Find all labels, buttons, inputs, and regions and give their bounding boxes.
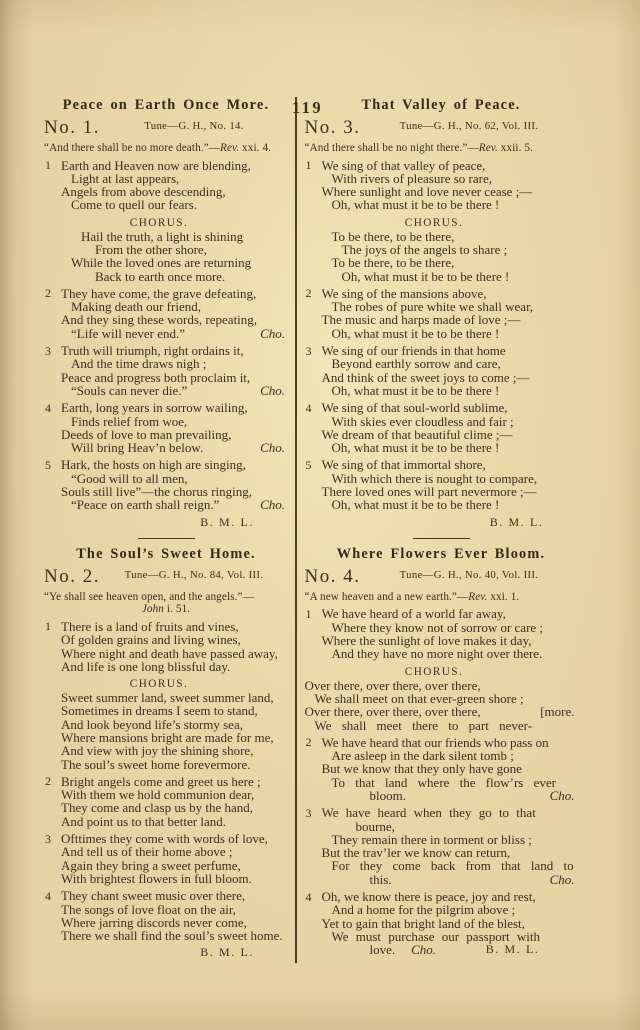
hymn-line: While the loved ones are returning <box>61 256 288 269</box>
hymn-verse: 4We sing of that soul-world sublime,With… <box>305 401 578 454</box>
hymn-line: And the time draws nigh ; <box>61 357 288 370</box>
hymn-line: The robes of pure white we shall wear, <box>322 300 578 313</box>
hymn-line: To be there, to be there, <box>322 230 578 243</box>
verse-number: 2 <box>45 287 51 300</box>
hymnal-page: Peace on Earth Once More.No. 1.Tune—G. H… <box>0 0 640 1030</box>
hymn-line: Yet to gain that bright land of the bles… <box>322 917 578 930</box>
hymn-line: Beyond earthly sorrow and care, <box>322 357 578 370</box>
hymn-line: We sing of that valley of peace, <box>322 159 578 172</box>
scripture-reference-italic: Rev. <box>220 142 239 154</box>
hymn-line: And view with joy the shining shore, <box>61 744 288 757</box>
hymn-verse: 3Ofttimes they come with words of love,A… <box>44 832 288 885</box>
verse-number: 5 <box>45 459 51 472</box>
hymn-line: Light at last appears, <box>61 172 288 185</box>
hymn-verse: 2They have come, the grave defeating,Mak… <box>44 287 288 340</box>
hymn-line: And tell us of their home above ; <box>61 845 288 858</box>
verse-number: 3 <box>45 833 51 846</box>
hymn-line: Cho.“Life will never end.” <box>61 327 288 340</box>
hymn-line: Cho.bloom. <box>322 789 578 802</box>
hymn-line: They come and clasp us by the hand, <box>61 801 288 814</box>
hymn-line: Are asleep in the dark silent tomb ; <box>322 749 578 762</box>
hymn-line: We shall meet there to part never- <box>305 719 578 732</box>
hymn-line: Truth will triumph, right ordains it, <box>61 344 288 357</box>
left-column: Peace on Earth Once More.No. 1.Tune—G. H… <box>44 97 295 963</box>
hymn-line: Cho.Will bring Heav’n below. <box>61 441 288 454</box>
hymn-line: Oh, what must it be to be there ! <box>322 441 578 454</box>
hymn-verse: 3We have heard when they go to thatbourn… <box>305 806 578 886</box>
hymn-line: With which there is nought to compare, <box>322 472 578 485</box>
scripture-reference: xxii. 5. <box>498 142 533 154</box>
catchword: [more. <box>540 705 574 718</box>
hymn-line: With rivers of pleasure so rare, <box>322 172 578 185</box>
hymn-line: bourne, <box>322 820 578 833</box>
verse-number: 4 <box>45 890 51 903</box>
hymn-line: We shall meet on that ever-green shore ; <box>305 692 578 705</box>
hymn-line: With them we hold communion dear, <box>61 788 288 801</box>
hymn-line: Of golden grains and living wines, <box>61 633 288 646</box>
author-initials: B. M. L. <box>44 516 288 529</box>
hymn-tune: Tune—G. H., No. 62, Vol. III. <box>360 117 577 133</box>
hymn-line: And they have no more night over there. <box>322 647 578 660</box>
hymn-number: No. 3. <box>305 117 361 139</box>
hymn-verse: 1We sing of that valley of peace,With ri… <box>305 159 578 212</box>
verse-number: 1 <box>45 620 51 633</box>
hymn-line: We sing of that soul-world sublime, <box>322 401 578 414</box>
right-column: That Valley of Peace.No. 3.Tune—G. H., N… <box>297 97 580 963</box>
scripture-reference-italic: Rev. <box>479 142 498 154</box>
chorus-label: CHORUS. <box>305 216 578 230</box>
hymn-line: To be there, to be there, <box>322 256 578 269</box>
hymn-line: There we shall find the soul’s sweet hom… <box>61 929 288 942</box>
hymn-line: The songs of love float on the air, <box>61 903 288 916</box>
hymn-verse: 2We sing of the mansions above,The robes… <box>305 287 578 340</box>
hymn-line: But we know that they only have gone <box>322 762 578 775</box>
hymn-verse: 4Earth, long years in sorrow wailing,Fin… <box>44 401 288 454</box>
chorus-refrain-mark: Cho. <box>260 327 285 340</box>
hymn-verse: 2We have heard that our friends who pass… <box>305 736 578 802</box>
hymn-line: Oh, we know there is peace, joy and rest… <box>322 890 578 903</box>
page-content: Peace on Earth Once More.No. 1.Tune—G. H… <box>44 97 585 963</box>
chorus-refrain-mark: Cho. <box>260 498 285 511</box>
hymn-line: And look beyond life’s stormy sea, <box>61 718 288 731</box>
verse-number: 3 <box>306 807 312 820</box>
hymn-line: Over there, over there, over there, <box>305 679 578 692</box>
scripture-epigraph: “And there shall be no night there.”—Rev… <box>305 142 578 155</box>
hymn-line: Earth, long years in sorrow wailing, <box>61 401 288 414</box>
hymn-line: “Good will to all men, <box>61 472 288 485</box>
hymn-line: And point us to that better land. <box>61 815 288 828</box>
hymn-line: Souls still live”—the chorus ringing, <box>61 485 288 498</box>
hymn-verse: 1We have heard of a world far away,Where… <box>305 607 578 660</box>
hymn-line: There loved ones will part nevermore ;— <box>322 485 578 498</box>
author-initials: B. M. L. <box>44 946 288 959</box>
hymn-line: Oh, what must it be to be there ! <box>322 384 578 397</box>
hymn-line: We have heard of a world far away, <box>322 607 578 620</box>
chorus-refrain-mark: Cho. <box>260 441 285 454</box>
hymn-verse: 4Oh, we know there is peace, joy and res… <box>305 890 578 956</box>
hymn-line: From the other shore, <box>61 243 288 256</box>
hymn-line: Again they bring a sweet perfume, <box>61 859 288 872</box>
hymn-line: Where sunlight and love never cease ;— <box>322 185 578 198</box>
verse-number: 2 <box>306 287 312 300</box>
scripture-epigraph: “Ye shall see heaven open, and the angel… <box>44 591 288 616</box>
hymn-verse: 4They chant sweet music over there,The s… <box>44 889 288 942</box>
hymn-verse: 5We sing of that immortal shore,With whi… <box>305 458 578 511</box>
hymn-line: Hark, the hosts on high are singing, <box>61 458 288 471</box>
verse-number: 1 <box>45 159 51 172</box>
hymn-title: The Soul’s Sweet Home. <box>44 546 288 563</box>
hymn-line: Oh, what must it be to be there ! <box>322 198 578 211</box>
author-initials: B. M. L. <box>305 516 578 529</box>
hymn-line: B. M. L.love.Cho. <box>322 943 578 956</box>
verse-number: 3 <box>45 345 51 358</box>
hymn-line: For they come back from that land to <box>322 859 578 872</box>
hymn-verse: 1There is a land of fruits and vines,Of … <box>44 620 288 673</box>
chorus-label: CHORUS. <box>44 216 288 230</box>
hymn-line: Bright angels come and greet us here ; <box>61 775 288 788</box>
verse-number: 1 <box>306 159 312 172</box>
hymn-verse: 5Hark, the hosts on high are singing,“Go… <box>44 458 288 511</box>
hymn-line: They remain there in torment or bliss ; <box>322 833 578 846</box>
hymn-line: Hail the truth, a light is shining <box>61 230 288 243</box>
hymn-number-row: No. 3.Tune—G. H., No. 62, Vol. III. <box>305 117 578 140</box>
scripture-reference: i. 51. <box>164 603 190 615</box>
hymn-number-row: No. 4.Tune—G. H., No. 40, Vol. III. <box>305 566 578 589</box>
hymn-line: They have come, the grave defeating, <box>61 287 288 300</box>
scripture-reference-italic: John <box>142 603 164 615</box>
hymn-line: We have heard when they go to that <box>322 806 578 819</box>
verse-number: 5 <box>306 459 312 472</box>
hymn-line: With brightest flowers in full bloom. <box>61 872 288 885</box>
verse-number: 4 <box>45 402 51 415</box>
hymn-line: Deeds of love to man prevailing, <box>61 428 288 441</box>
hymn-line: Where jarring discords never come, <box>61 916 288 929</box>
hymn-number: No. 1. <box>44 117 100 139</box>
hymn-line: Peace and progress both proclaim it, <box>61 371 288 384</box>
hymn-line: And a home for the pilgrim above ; <box>322 903 578 916</box>
author-initials: B. M. L. <box>486 943 540 956</box>
hymn-line: Earth and Heaven now are blending, <box>61 159 288 172</box>
page-number: 119 <box>44 98 571 118</box>
verse-number: 4 <box>306 402 312 415</box>
scripture-epigraph: “A new heaven and a new earth.”—Rev. xxi… <box>305 591 578 604</box>
hymn-line: They chant sweet music over there, <box>61 889 288 902</box>
hymn-line: Angels from above descending, <box>61 185 288 198</box>
hymn-line: We must purchase our passport with <box>322 930 578 943</box>
hymn-line: And think of the sweet joys to come ;— <box>322 371 578 384</box>
hymn-line: Cho.“Peace on earth shall reign.” <box>61 498 288 511</box>
hymn-line: The music and harps made of love ;— <box>322 313 578 326</box>
hymn-line: We dream of that beautiful clime ;— <box>322 428 578 441</box>
hymn-line: Ofttimes they come with words of love, <box>61 832 288 845</box>
hymn-line: Oh, what must it be to be there ! <box>322 498 578 511</box>
hymn-verse: 2Bright angels come and greet us here ;W… <box>44 775 288 828</box>
chorus-refrain-mark: Cho. <box>550 873 575 886</box>
hymn-tune: Tune—G. H., No. 14. <box>100 117 288 133</box>
hymn-line: We sing of that immortal shore, <box>322 458 578 471</box>
verse-number: 1 <box>306 608 312 621</box>
hymn-separator-rule <box>138 538 195 539</box>
scripture-reference: xxi. 4. <box>239 142 271 154</box>
hymn-line: The soul’s sweet home forevermore. <box>61 758 288 771</box>
verse-number: 3 <box>306 345 312 358</box>
scripture-reference-italic: Rev. <box>468 591 487 603</box>
hymn-line: To that land where the flow’rs ever <box>322 776 578 789</box>
hymn-chorus: Hail the truth, a light is shiningFrom t… <box>44 230 288 283</box>
verse-number: 2 <box>45 775 51 788</box>
hymn-number: No. 4. <box>305 566 361 588</box>
hymn-line: Cho.this. <box>322 873 578 886</box>
chorus-refrain-mark: Cho. <box>411 942 436 957</box>
hymn-line: With skies ever cloudless and fair ; <box>322 415 578 428</box>
hymn-line: Cho.“Souls can never die.” <box>61 384 288 397</box>
hymn-tune: Tune—G. H., No. 84, Vol. III. <box>100 566 288 582</box>
hymn-line: Where night and death have passed away, <box>61 647 288 660</box>
hymn-number: No. 2. <box>44 566 100 588</box>
hymn-number-row: No. 1.Tune—G. H., No. 14. <box>44 117 288 140</box>
hymn-number-row: No. 2.Tune—G. H., No. 84, Vol. III. <box>44 566 288 589</box>
hymn-line: And they sing these words, repeating, <box>61 313 288 326</box>
hymn-separator-rule <box>413 538 470 539</box>
hymn-line: Where they know not of sorrow or care ; <box>322 621 578 634</box>
hymn-line: Making death our friend, <box>61 300 288 313</box>
hymn-line: Sweet summer land, sweet summer land, <box>61 691 288 704</box>
hymn-tune: Tune—G. H., No. 40, Vol. III. <box>360 566 577 582</box>
hymn-line: Oh, what must it be to be there ! <box>322 270 578 283</box>
chorus-label: CHORUS. <box>44 677 288 691</box>
chorus-label: CHORUS. <box>305 665 578 679</box>
verse-number: 4 <box>306 891 312 904</box>
hymn-line: But the trav’ler we know can return, <box>322 846 578 859</box>
hymn-line: Back to earth once more. <box>61 270 288 283</box>
hymn-title: Where Flowers Ever Bloom. <box>305 546 578 563</box>
hymn-line: We have heard that our friends who pass … <box>322 736 578 749</box>
hymn-line: Come to quell our fears. <box>61 198 288 211</box>
hymn-line: Where mansions bright are made for me, <box>61 731 288 744</box>
hymn-line: And life is one long blissful day. <box>61 660 288 673</box>
hymn-verse: 1Earth and Heaven now are blending,Light… <box>44 159 288 212</box>
hymn-verse: 3We sing of our friends in that homeBeyo… <box>305 344 578 397</box>
scripture-reference: xxi. 1. <box>487 591 519 603</box>
hymn-line: We sing of the mansions above, <box>322 287 578 300</box>
scripture-epigraph: “And there shall be no more death.”—Rev.… <box>44 142 288 155</box>
chorus-refrain-mark: Cho. <box>550 789 575 802</box>
hymn-line: Sometimes in dreams I seem to stand, <box>61 704 288 717</box>
chorus-refrain-mark: Cho. <box>260 384 285 397</box>
hymn-line: Oh, what must it be to be there ! <box>322 327 578 340</box>
hymn-line: There is a land of fruits and vines, <box>61 620 288 633</box>
verse-number: 2 <box>306 736 312 749</box>
hymn-verse: 3Truth will triumph, right ordains it,An… <box>44 344 288 397</box>
hymn-line: The joys of the angels to share ; <box>322 243 578 256</box>
hymn-chorus: To be there, to be there,The joys of the… <box>305 230 578 283</box>
hymn-line: Where the sunlight of love makes it day, <box>322 634 578 647</box>
hymn-line: Finds relief from woe, <box>61 415 288 428</box>
hymn-line: We sing of our friends in that home <box>322 344 578 357</box>
hymn-line: [more.Over there, over there, over there… <box>305 705 578 718</box>
scripture-reference-line: John i. 51. <box>44 603 288 616</box>
hymn-chorus: Over there, over there, over there,We sh… <box>305 679 578 732</box>
hymn-chorus: Sweet summer land, sweet summer land,Som… <box>44 691 288 771</box>
